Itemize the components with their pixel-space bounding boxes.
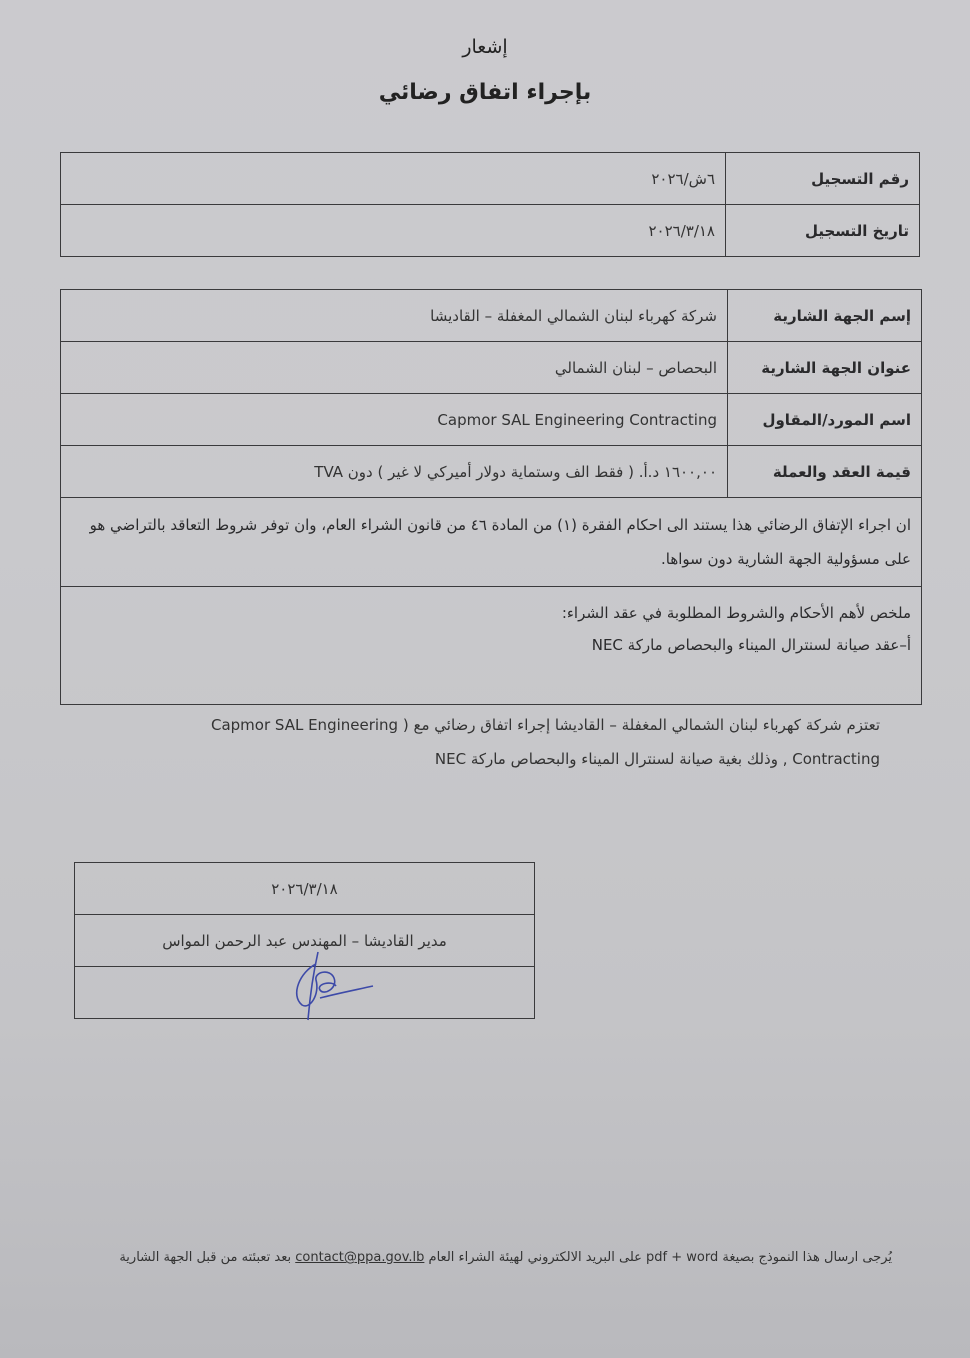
- registration-number-value: ٦ش/٢٠٢٦: [61, 153, 726, 205]
- table-row: رقم التسجيل ٦ش/٢٠٢٦: [61, 153, 920, 205]
- footer-suffix: بعد تعبئته من قبل الجهة الشارية: [119, 1250, 291, 1265]
- contract-value-label: قيمة العقد والعملة: [728, 446, 922, 498]
- document-subtitle: بإجراء اتفاق رضائي: [0, 80, 970, 105]
- contract-value-value: ١٦٠٠,٠٠ د.أ. ( فقط الف وستماية دولار أمي…: [61, 446, 728, 498]
- contact-email-link[interactable]: contact@ppa.gov.lb: [295, 1250, 424, 1265]
- table-row: ان اجراء الإتفاق الرضائي هذا يستند الى ا…: [61, 498, 922, 587]
- details-table: إسم الجهة الشارية شركة كهرباء لبنان الشم…: [60, 289, 922, 705]
- commitment-statement: تعتزم شركة كهرباء لبنان الشمالي المغفلة …: [160, 708, 880, 776]
- footer-instructions: يُرجى ارسال هذا النموذج بصيغة pdf + word…: [80, 1250, 892, 1265]
- commitment-line-2: Contracting , وذلك بغية صيانة لسنترال ال…: [160, 742, 880, 776]
- registration-number-label: رقم التسجيل: [726, 153, 920, 205]
- table-row: ٢٠٢٦/٣/١٨: [75, 863, 535, 915]
- summary-title: ملخص لأهم الأحكام والشروط المطلوبة في عق…: [71, 597, 911, 629]
- table-row: قيمة العقد والعملة ١٦٠٠,٠٠ د.أ. ( فقط ال…: [61, 446, 922, 498]
- table-row: تاريخ التسجيل ٢٠٢٦/٣/١٨: [61, 205, 920, 257]
- entity-address-label: عنوان الجهة الشارية: [728, 342, 922, 394]
- entity-name-label: إسم الجهة الشارية: [728, 290, 922, 342]
- registration-date-value: ٢٠٢٦/٣/١٨: [61, 205, 726, 257]
- registration-table: رقم التسجيل ٦ش/٢٠٢٦ تاريخ التسجيل ٢٠٢٦/٣…: [60, 152, 920, 257]
- handwritten-signature-icon: [280, 950, 380, 1025]
- entity-name-value: شركة كهرباء لبنان الشمالي المغفلة – القا…: [61, 290, 728, 342]
- table-row: ملخص لأهم الأحكام والشروط المطلوبة في عق…: [61, 587, 922, 705]
- registration-date-label: تاريخ التسجيل: [726, 205, 920, 257]
- signature-date: ٢٠٢٦/٣/١٨: [75, 863, 535, 915]
- commitment-line-1: تعتزم شركة كهرباء لبنان الشمالي المغفلة …: [160, 708, 880, 742]
- footer-prefix: يُرجى ارسال هذا النموذج بصيغة pdf + word…: [429, 1250, 892, 1265]
- supplier-value: Capmor SAL Engineering Contracting: [61, 394, 728, 446]
- summary-item: أ–عقد صيانة لسنترال الميناء والبحصاص مار…: [71, 629, 911, 661]
- supplier-label: اسم المورد/المقاول: [728, 394, 922, 446]
- entity-address-value: البحصاص – لبنان الشمالي: [61, 342, 728, 394]
- document-title: إشعار: [0, 36, 970, 58]
- table-row: عنوان الجهة الشارية البحصاص – لبنان الشم…: [61, 342, 922, 394]
- summary-cell: ملخص لأهم الأحكام والشروط المطلوبة في عق…: [61, 587, 922, 705]
- legal-notice: ان اجراء الإتفاق الرضائي هذا يستند الى ا…: [61, 498, 922, 587]
- table-row: اسم المورد/المقاول Capmor SAL Engineerin…: [61, 394, 922, 446]
- table-row: إسم الجهة الشارية شركة كهرباء لبنان الشم…: [61, 290, 922, 342]
